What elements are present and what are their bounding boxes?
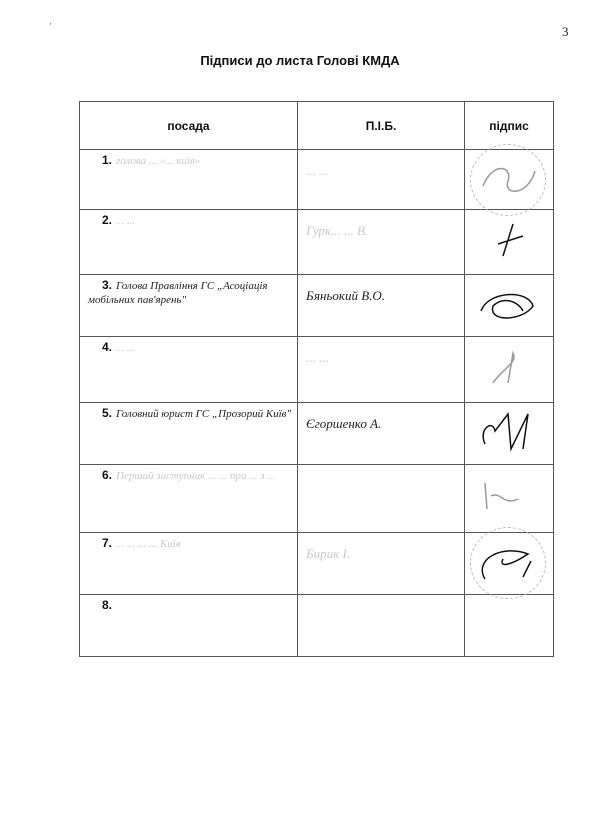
handwritten-signature-icon: [473, 409, 543, 457]
position-cell: 3. Голова Правління ГС „Асоціація мобіль…: [80, 275, 298, 337]
position-text: ... ...: [88, 214, 293, 228]
page-title: Підписи до листа Голові КМДА: [0, 53, 600, 68]
scan-speck: ': [50, 22, 52, 31]
name-cell: ... ...: [298, 150, 465, 210]
table-row: 3. Голова Правління ГС „Асоціація мобіль…: [80, 275, 554, 337]
position-text: ... ... ... ... Київ: [88, 537, 293, 551]
name-cell: Єгоршенко А.: [298, 403, 465, 465]
table-row: 7. ... ... ... ... Київ Бирик І.: [80, 533, 554, 595]
signature-cell: [465, 150, 554, 210]
header-signature: підпис: [465, 102, 554, 150]
table-row: 2. ... ... Гурк... ... В.: [80, 210, 554, 275]
name-cell: ... ...: [298, 337, 465, 403]
position-cell: 2. ... ...: [80, 210, 298, 275]
header-position: посада: [80, 102, 298, 150]
official-stamp-icon: [470, 527, 546, 599]
position-text: голова ... «... київ»: [88, 154, 293, 168]
name-text: Бяньокий В.О.: [306, 289, 460, 303]
table-row: 1. голова ... «... київ» ... ...: [80, 150, 554, 210]
name-cell: Гурк... ... В.: [298, 210, 465, 275]
table-row: 8.: [80, 595, 554, 657]
handwritten-signature-icon: [473, 343, 543, 391]
signature-cell: [465, 210, 554, 275]
handwritten-signature-icon: [473, 471, 543, 519]
name-text: Бирик І.: [306, 547, 460, 561]
name-cell: Бирик І.: [298, 533, 465, 595]
handwritten-signature-icon: [473, 281, 543, 329]
name-cell: Бяньокий В.О.: [298, 275, 465, 337]
position-cell: 4. ... ...: [80, 337, 298, 403]
signature-table: посада П.І.Б. підпис 1. голова ... «... …: [79, 101, 554, 657]
table-row: 6. Перший заступник ... ... при ... з ..…: [80, 465, 554, 533]
signature-cell: [465, 595, 554, 657]
name-cell: [298, 465, 465, 533]
signature-cell: [465, 533, 554, 595]
header-full-name: П.І.Б.: [298, 102, 465, 150]
official-stamp-icon: [470, 144, 546, 216]
handwritten-signature-icon: [473, 216, 543, 264]
name-text: ... ...: [306, 164, 460, 178]
table-row: 4. ... ... ... ...: [80, 337, 554, 403]
table-header-row: посада П.І.Б. підпис: [80, 102, 554, 150]
table-row: 5. Головний юрист ГС „Прозорий Київ" Єго…: [80, 403, 554, 465]
signature-cell: [465, 337, 554, 403]
position-text: Голова Правління ГС „Асоціація мобільних…: [88, 279, 293, 307]
position-cell: 8.: [80, 595, 298, 657]
position-cell: 6. Перший заступник ... ... при ... з ..…: [80, 465, 298, 533]
signature-cell: [465, 403, 554, 465]
name-text: Гурк... ... В.: [306, 224, 460, 238]
page-number: 3: [562, 24, 569, 40]
position-cell: 7. ... ... ... ... Київ: [80, 533, 298, 595]
position-text: ... ...: [88, 341, 293, 355]
signature-cell: [465, 275, 554, 337]
name-text: Єгоршенко А.: [306, 417, 460, 431]
position-text: Перший заступник ... ... при ... з ...: [88, 469, 293, 483]
name-text: ... ...: [306, 351, 460, 365]
signature-cell: [465, 465, 554, 533]
name-cell: [298, 595, 465, 657]
position-text: Головний юрист ГС „Прозорий Київ": [88, 407, 293, 421]
position-cell: 5. Головний юрист ГС „Прозорий Київ": [80, 403, 298, 465]
row-number: 8.: [102, 598, 112, 612]
position-cell: 1. голова ... «... київ»: [80, 150, 298, 210]
